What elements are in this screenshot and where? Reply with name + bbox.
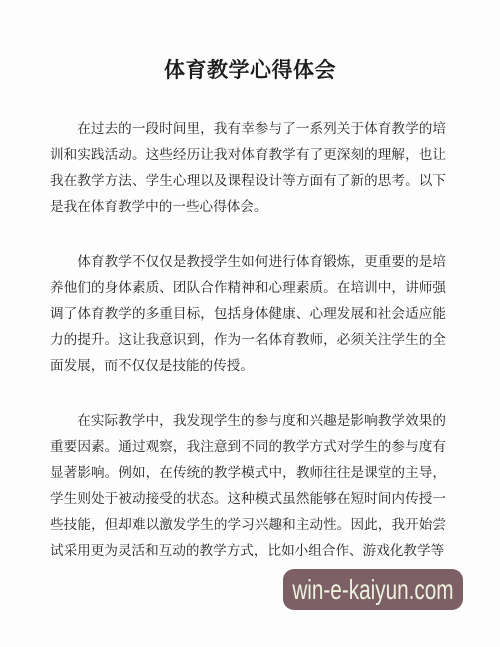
body-paragraph-1: 在过去的一段时间里，我有幸参与了一系列关于体育教学的培训和实践活动。这些经历让我… xyxy=(50,116,446,220)
document-page: 体育教学心得体会 在过去的一段时间里，我有幸参与了一系列关于体育教学的培训和实践… xyxy=(0,0,500,647)
body-paragraph-2: 体育教学不仅仅是教授学生如何进行体育锻炼，更重要的是培养他们的身体素质、团队合作… xyxy=(50,249,446,379)
watermark-label: win-e-kaiyun.com xyxy=(292,576,453,604)
document-body: 在过去的一段时间里，我有幸参与了一系列关于体育教学的培训和实践活动。这些经历让我… xyxy=(50,116,446,564)
watermark-badge: win-e-kaiyun.com xyxy=(283,569,463,610)
body-paragraph-3: 在实际教学中，我发现学生的参与度和兴趣是影响教学效果的重要因素。通过观察，我注意… xyxy=(50,408,446,564)
document-title: 体育教学心得体会 xyxy=(0,0,500,84)
